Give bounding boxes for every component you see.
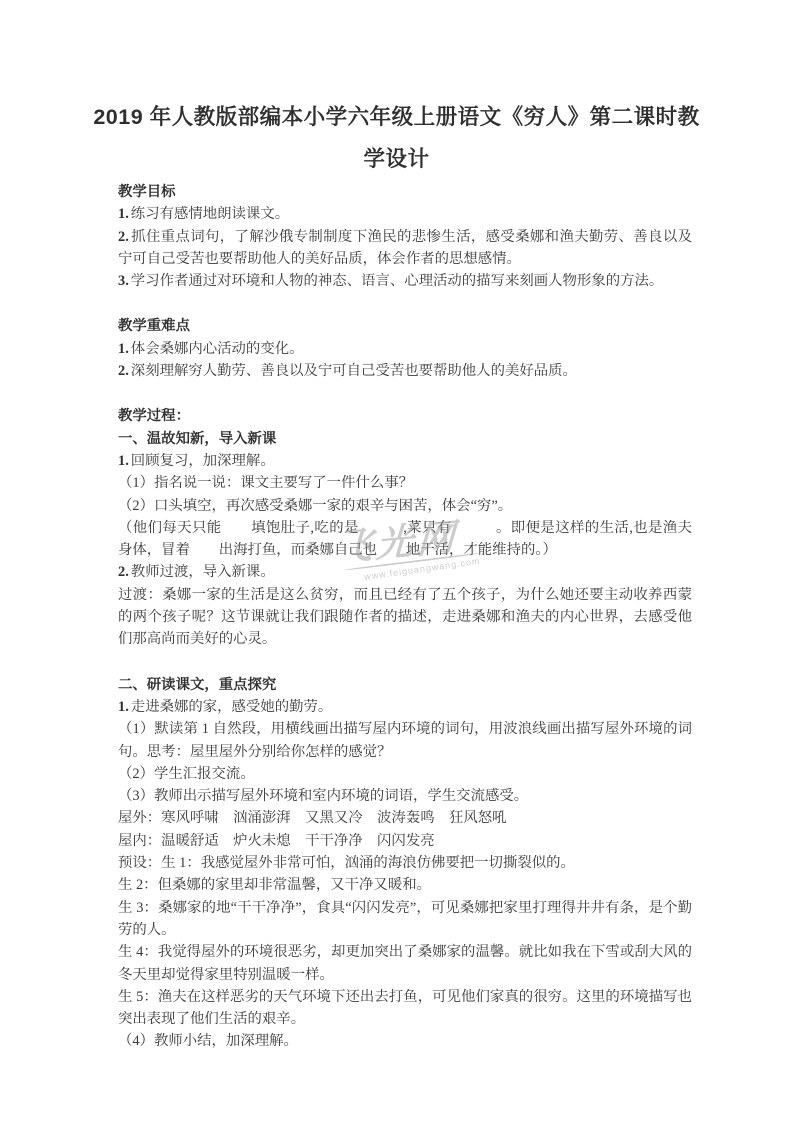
paragraph: 1.练习有感情地朗读课文。 bbox=[118, 203, 692, 225]
list-number: 1. bbox=[118, 341, 129, 357]
paragraph-text: 回顾复习，加深理解。 bbox=[131, 453, 275, 469]
paragraph-text: 走进桑娜的家，感受她的勤劳。 bbox=[131, 699, 332, 715]
section-heading: 教学过程： bbox=[118, 405, 692, 427]
paragraph: （1）指名说一说：课文主要写了一件什么事？ bbox=[118, 472, 692, 494]
paragraph: 1.走进桑娜的家，感受她的勤劳。 bbox=[118, 696, 692, 718]
paragraph: 生 4：我觉得屋外的环境很恶劣，却更加突出了桑娜家的温馨。就比如我在下雪或刮大风… bbox=[118, 941, 692, 986]
section-heading: 二、研读课文，重点探究 bbox=[118, 674, 692, 696]
paragraph: 过渡：桑娜一家的生活是这么贫穷，而且已经有了五个孩子，为什么她还要主动收养西蒙的… bbox=[118, 584, 692, 651]
paragraph: （1）默读第 1 自然段，用横线画出描写屋内环境的词句，用波浪线画出描写屋外环境… bbox=[118, 718, 692, 763]
section: 教学重难点1.体会桑娜内心活动的变化。2.深刻理解穷人勤劳、善良以及宁可自己受苦… bbox=[118, 315, 692, 382]
list-number: 2. bbox=[118, 363, 129, 379]
paragraph: 屋外：寒风呼啸 汹涌澎湃 又黑又冷 波涛轰鸣 狂风怒吼 bbox=[118, 807, 692, 829]
paragraph: 生 3：桑娜家的地“干干净净”，食具“闪闪发亮”，可见桑娜把家里打理得井井有条，… bbox=[118, 897, 692, 942]
paragraph: 1.回顾复习，加深理解。 bbox=[118, 450, 692, 472]
list-number: 2. bbox=[118, 229, 129, 245]
paragraph: （2）口头填空，再次感受桑娜一家的艰辛与困苦，体会“穷”。 bbox=[118, 495, 692, 517]
section: 二、研读课文，重点探究1.走进桑娜的家，感受她的勤劳。（1）默读第 1 自然段，… bbox=[118, 674, 692, 1053]
paragraph-text: 体会桑娜内心活动的变化。 bbox=[131, 341, 304, 357]
document-page: 2019 年人教版部编本小学六年级上册语文《穷人》第二课时教学设计 教学目标1.… bbox=[0, 0, 793, 1122]
paragraph-text: 练习有感情地朗读课文。 bbox=[131, 206, 289, 222]
paragraph: 生 2：但桑娜的家里却非常温馨，又干净又暖和。 bbox=[118, 874, 692, 896]
paragraph-text: 学习作者通过对环境和人物的神态、语言、心理活动的描写来刻画人物形象的方法。 bbox=[131, 273, 663, 289]
list-number: 1. bbox=[118, 699, 129, 715]
paragraph-text: 教师过渡，导入新课。 bbox=[131, 564, 275, 580]
paragraph: 生 5：渔夫在这样恶劣的天气环境下还出去打鱼，可见他们家真的很穷。这里的环境描写… bbox=[118, 986, 692, 1031]
paragraph-text: 抓住重点词句，了解沙俄专制制度下渔民的悲惨生活，感受桑娜和渔夫勤劳、善良以及宁可… bbox=[118, 229, 692, 267]
section-heading: 教学目标 bbox=[118, 181, 692, 203]
section-heading: 一、温故知新，导入新课 bbox=[118, 428, 692, 450]
paragraph: 2.抓住重点词句，了解沙俄专制制度下渔民的悲惨生活，感受桑娜和渔夫勤劳、善良以及… bbox=[118, 226, 692, 271]
paragraph: （3）教师出示描写屋外环境和室内环境的词语，学生交流感受。 bbox=[118, 785, 692, 807]
list-number: 2. bbox=[118, 564, 129, 580]
paragraph: 1.体会桑娜内心活动的变化。 bbox=[118, 338, 692, 360]
document-body: 教学目标1.练习有感情地朗读课文。2.抓住重点词句，了解沙俄专制制度下渔民的悲惨… bbox=[118, 181, 692, 1053]
list-number: 3. bbox=[118, 273, 129, 289]
paragraph: （他们每天只能 填饱肚子,吃的是 ,菜只有 。即便是这样的生活,也是渔夫 身体，… bbox=[118, 517, 692, 562]
list-number: 1. bbox=[118, 453, 129, 469]
paragraph: （2）学生汇报交流。 bbox=[118, 763, 692, 785]
list-number: 1. bbox=[118, 206, 129, 222]
paragraph: 3.学习作者通过对环境和人物的神态、语言、心理活动的描写来刻画人物形象的方法。 bbox=[118, 270, 692, 292]
section: 教学过程：一、温故知新，导入新课1.回顾复习，加深理解。（1）指名说一说：课文主… bbox=[118, 405, 692, 650]
document-title: 2019 年人教版部编本小学六年级上册语文《穷人》第二课时教学设计 bbox=[87, 96, 707, 180]
paragraph: 预设：生 1：我感觉屋外非常可怕，汹涌的海浪仿佛要把一切撕裂似的。 bbox=[118, 852, 692, 874]
paragraph: （4）教师小结，加深理解。 bbox=[118, 1030, 692, 1052]
paragraph: 2.深刻理解穷人勤劳、善良以及宁可自己受苦也要帮助他人的美好品质。 bbox=[118, 360, 692, 382]
section-heading: 教学重难点 bbox=[118, 315, 692, 337]
paragraph: 2.教师过渡，导入新课。 bbox=[118, 561, 692, 583]
section: 教学目标1.练习有感情地朗读课文。2.抓住重点词句，了解沙俄专制制度下渔民的悲惨… bbox=[118, 181, 692, 292]
paragraph-text: 深刻理解穷人勤劳、善良以及宁可自己受苦也要帮助他人的美好品质。 bbox=[131, 363, 577, 379]
paragraph: 屋内：温暖舒适 炉火未熄 干干净净 闪闪发亮 bbox=[118, 830, 692, 852]
